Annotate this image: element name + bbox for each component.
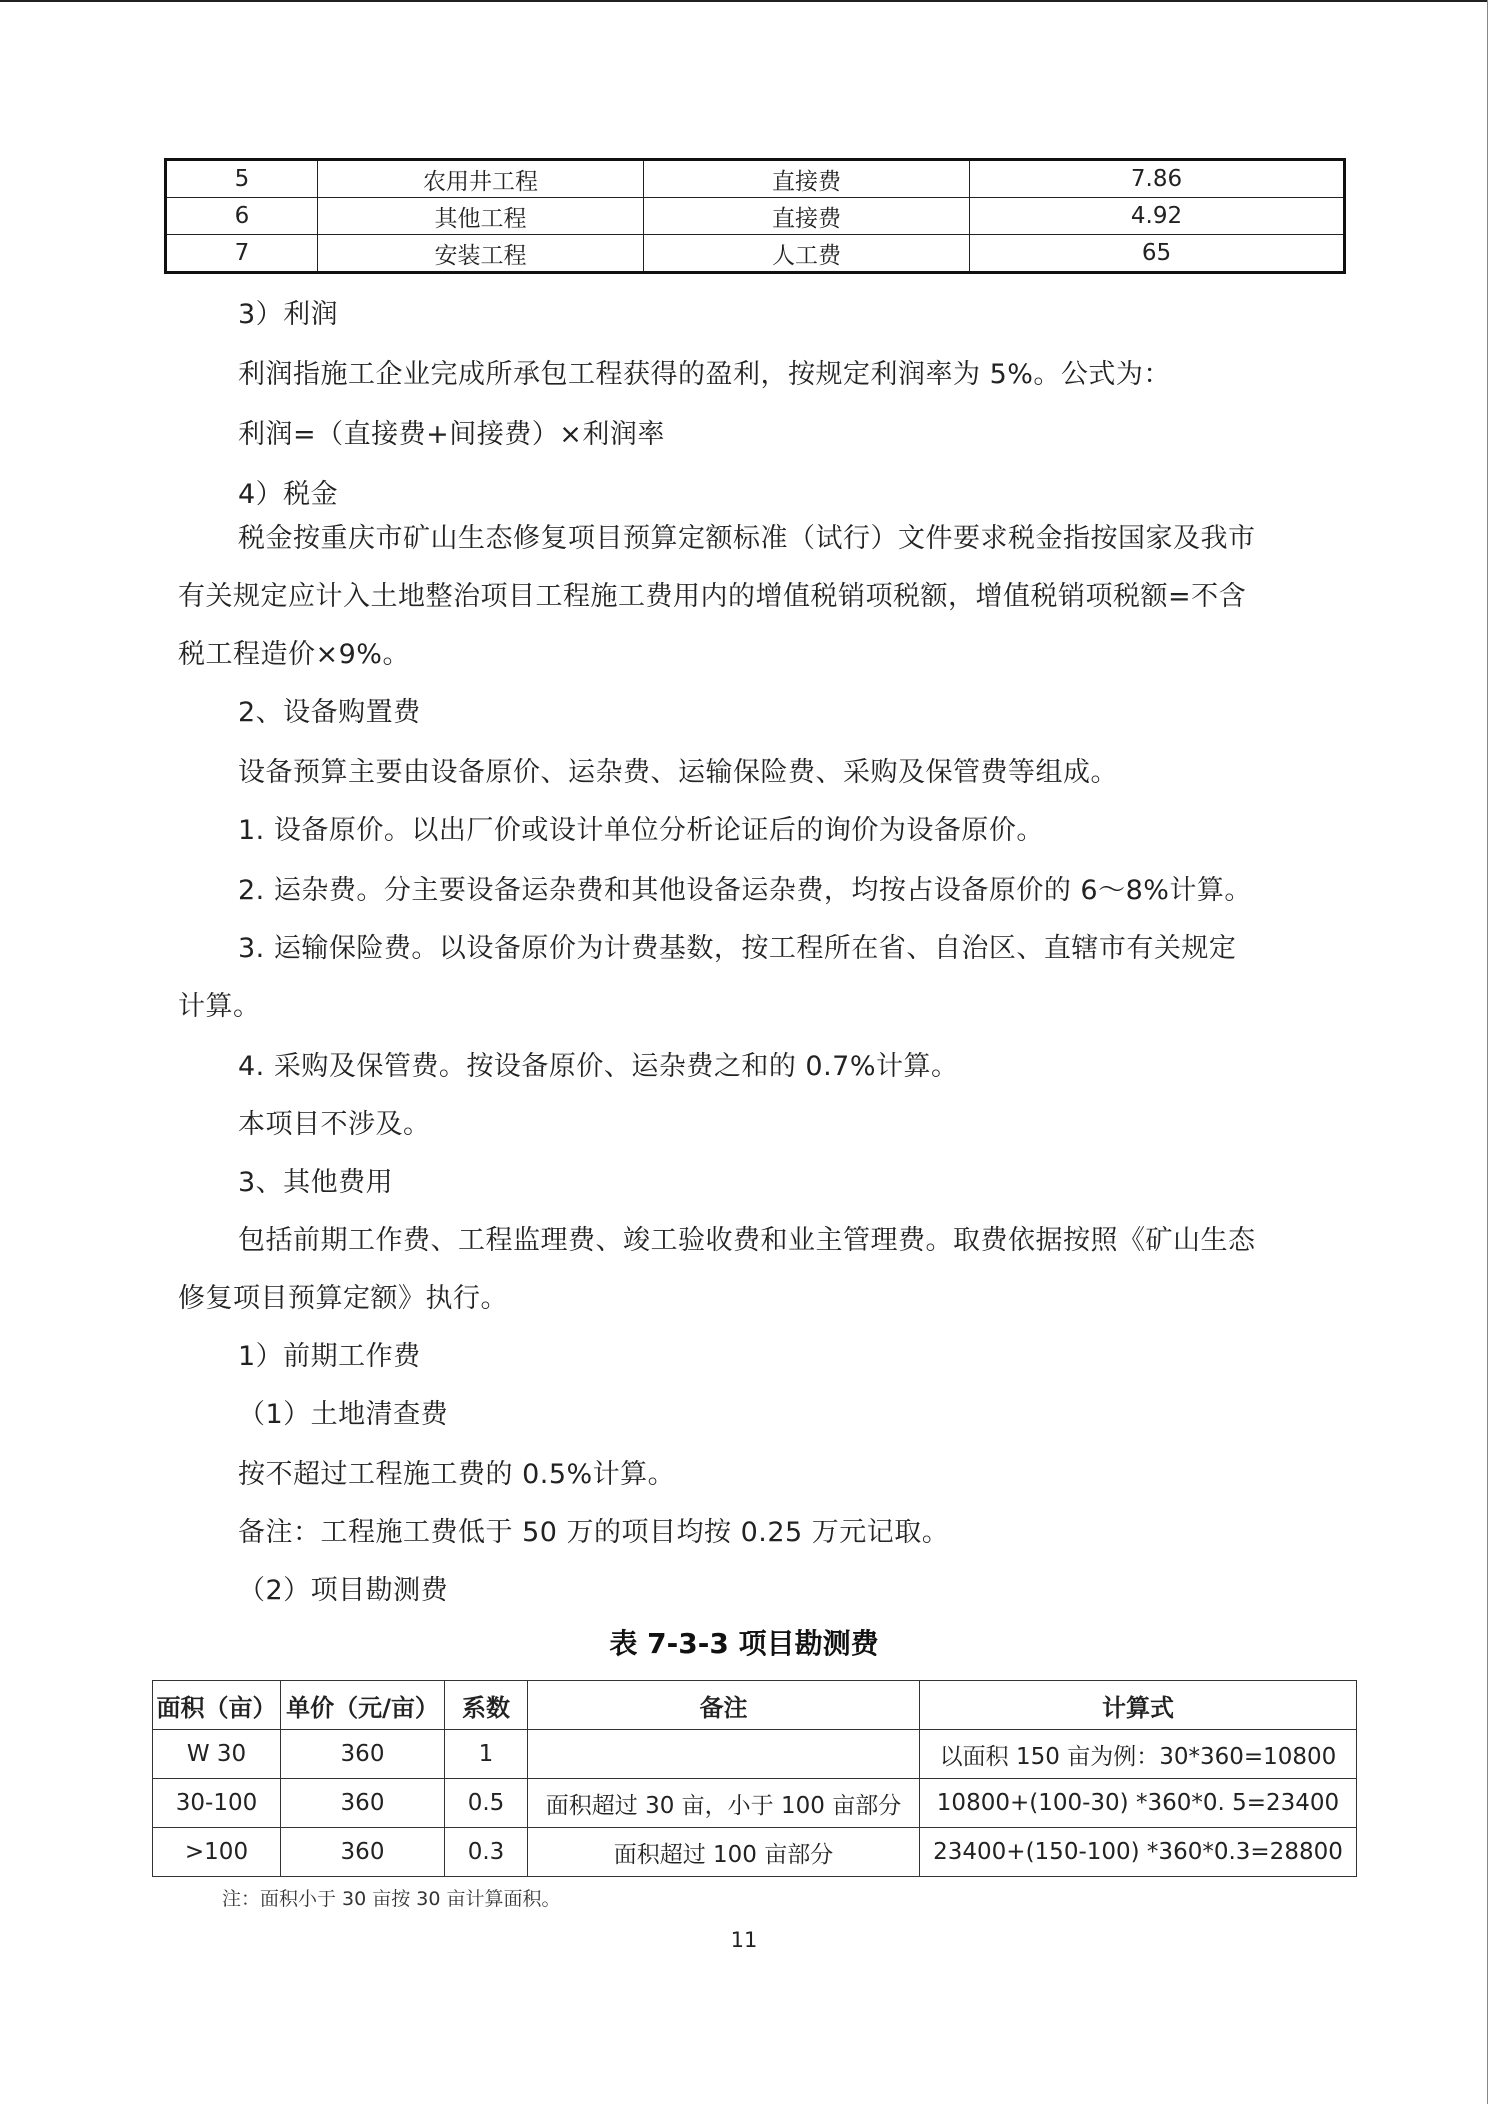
table-note: 注：面积小于 30 亩按 30 亩计算面积。	[222, 1884, 561, 1911]
table-cell: 面积超过 30 亩，小于 100 亩部分	[528, 1779, 920, 1828]
table-row: 6 其他工程 直接费 4.92	[166, 198, 1345, 235]
table-row: >100 360 0.3 面积超过 100 亩部分 23400+(150-100…	[153, 1828, 1357, 1877]
table-cell: 面积超过 100 亩部分	[528, 1828, 920, 1877]
survey-fee-table: 面积（亩） 单价（元/亩） 系数 备注 计算式 W 30 360 1 以面积 1…	[152, 1680, 1357, 1877]
paragraph: 2. 运杂费。分主要设备运杂费和其他设备运杂费，均按占设备原价的 6～8%计算。	[238, 868, 1252, 907]
table-cell: 360	[281, 1730, 445, 1779]
column-header: 面积（亩）	[153, 1681, 281, 1730]
paragraph: 税金按重庆市矿山生态修复项目预算定额标准（试行）文件要求税金指按国家及我市	[238, 516, 1256, 555]
page-top-border	[0, 0, 1488, 2]
table-cell: 23400+(150-100) *360*0.3=28800	[920, 1828, 1357, 1877]
table-cell: 7.86	[970, 160, 1345, 198]
table-row: 7 安装工程 人工费 65	[166, 235, 1345, 273]
table-row: 5 农用井工程 直接费 7.86	[166, 160, 1345, 198]
table-header-row: 面积（亩） 单价（元/亩） 系数 备注 计算式	[153, 1681, 1357, 1730]
paragraph: 3. 运输保险费。以设备原价为计费基数，按工程所在省、自治区、直辖市有关规定	[238, 926, 1236, 965]
table-cell: 6	[166, 198, 318, 235]
paragraph: 计算。	[178, 984, 261, 1023]
table-cell: 人工费	[644, 235, 970, 273]
table-cell: >100	[153, 1828, 281, 1877]
paragraph: 包括前期工作费、工程监理费、竣工验收费和业主管理费。取费依据按照《矿山生态	[238, 1218, 1256, 1257]
table-cell: 4.92	[970, 198, 1345, 235]
paragraph: 本项目不涉及。	[238, 1102, 431, 1141]
paragraph: 按不超过工程施工费的 0.5%计算。	[238, 1452, 675, 1491]
table-cell: 1	[445, 1730, 528, 1779]
table-cell	[528, 1730, 920, 1779]
paragraph: 税工程造价×9%。	[178, 632, 410, 671]
paragraph: 利润指施工企业完成所承包工程获得的盈利，按规定利润率为 5%。公式为：	[238, 352, 1171, 391]
column-header: 单价（元/亩）	[281, 1681, 445, 1730]
paragraph: 有关规定应计入土地整治项目工程施工费用内的增值税销项税额，增值税销项税额=不含	[178, 574, 1246, 613]
table-cell: 直接费	[644, 198, 970, 235]
paragraph: 2、设备购置费	[238, 690, 421, 729]
table-cell: 0.5	[445, 1779, 528, 1828]
table-cell: 农用井工程	[318, 160, 644, 198]
paragraph: 设备预算主要由设备原价、运杂费、运输保险费、采购及保管费等组成。	[238, 750, 1118, 789]
paragraph: 3、其他费用	[238, 1160, 393, 1199]
fee-rate-table: 5 农用井工程 直接费 7.86 6 其他工程 直接费 4.92 7 安装工程 …	[164, 158, 1346, 274]
paragraph: 4. 采购及保管费。按设备原价、运杂费之和的 0.7%计算。	[238, 1044, 959, 1083]
table-cell: 其他工程	[318, 198, 644, 235]
table-cell: 30-100	[153, 1779, 281, 1828]
table-cell: 7	[166, 235, 318, 273]
paragraph: （1）土地清查费	[238, 1392, 448, 1431]
paragraph: 1. 设备原价。以出厂价或设计单位分析论证后的询价为设备原价。	[238, 808, 1044, 847]
table-cell: 直接费	[644, 160, 970, 198]
paragraph: 修复项目预算定额》执行。	[178, 1276, 508, 1315]
column-header: 备注	[528, 1681, 920, 1730]
table-cell: 360	[281, 1828, 445, 1877]
paragraph: 3）利润	[238, 292, 338, 331]
column-header: 系数	[445, 1681, 528, 1730]
table-row: W 30 360 1 以面积 150 亩为例：30*360=10800	[153, 1730, 1357, 1779]
paragraph: 1）前期工作费	[238, 1334, 421, 1373]
table-cell: 10800+(100-30) *360*0. 5=23400	[920, 1779, 1357, 1828]
table-cell: 5	[166, 160, 318, 198]
table-cell: 安装工程	[318, 235, 644, 273]
table-cell: W 30	[153, 1730, 281, 1779]
table-cell: 以面积 150 亩为例：30*360=10800	[920, 1730, 1357, 1779]
table-cell: 65	[970, 235, 1345, 273]
paragraph: （2）项目勘测费	[238, 1568, 448, 1607]
paragraph: 4）税金	[238, 472, 338, 511]
page-number: 11	[0, 1928, 1488, 1952]
paragraph: 备注：工程施工费低于 50 万的项目均按 0.25 万元记取。	[238, 1510, 949, 1549]
table-cell: 0.3	[445, 1828, 528, 1877]
paragraph: 利润=（直接费+间接费）×利润率	[238, 412, 665, 451]
column-header: 计算式	[920, 1681, 1357, 1730]
table-row: 30-100 360 0.5 面积超过 30 亩，小于 100 亩部分 1080…	[153, 1779, 1357, 1828]
table-caption: 表 7-3-3 项目勘测费	[0, 1622, 1488, 1662]
table-cell: 360	[281, 1779, 445, 1828]
